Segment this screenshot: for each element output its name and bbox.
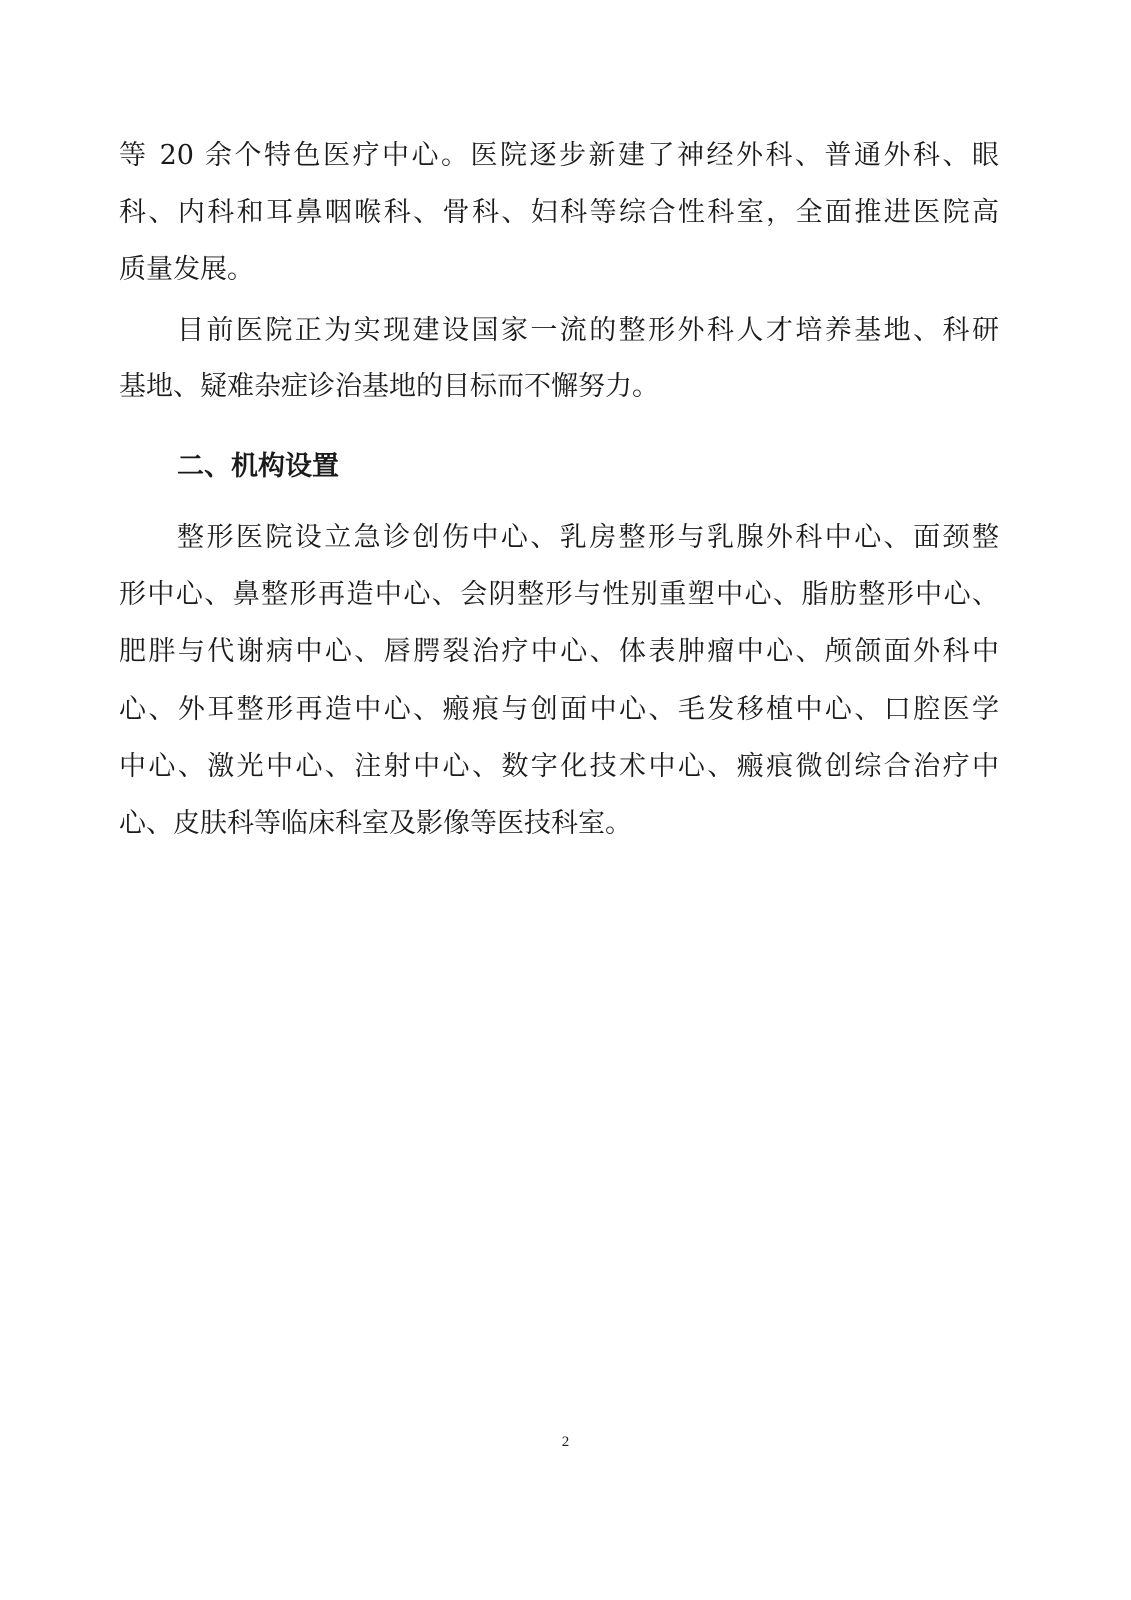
text-line: 心、皮肤科等临床科室及影像等医技科室。: [119, 806, 999, 842]
page-number: 2: [0, 1434, 1131, 1451]
text-line: 目前医院正为实现建设国家一流的整形外科人才培养基地、科研: [177, 313, 999, 349]
text-line: 形中心、鼻整形再造中心、会阴整形与性别重塑中心、脂肪整形中心、: [119, 577, 999, 613]
text-line: 心、外耳整形再造中心、瘢痕与创面中心、毛发移植中心、口腔医学: [119, 692, 999, 728]
document-page: 等 20 余个特色医疗中心。医院逐步新建了神经外科、普通外科、眼 科、内科和耳鼻…: [0, 0, 1131, 1600]
section-heading: 二、机构设置: [177, 449, 339, 485]
text-line: 质量发展。: [119, 252, 999, 288]
text-line: 肥胖与代谢病中心、唇腭裂治疗中心、体表肿瘤中心、颅颌面外科中: [119, 634, 999, 670]
text-line: 科、内科和耳鼻咽喉科、骨科、妇科等综合性科室，全面推进医院高: [119, 195, 999, 231]
text-line: 整形医院设立急诊创伤中心、乳房整形与乳腺外科中心、面颈整: [177, 520, 999, 556]
text-line: 基地、疑难杂症诊治基地的目标而不懈努力。: [119, 369, 999, 405]
text-line: 等 20 余个特色医疗中心。医院逐步新建了神经外科、普通外科、眼: [119, 138, 999, 174]
text-line: 中心、激光中心、注射中心、数字化技术中心、瘢痕微创综合治疗中: [119, 749, 999, 785]
